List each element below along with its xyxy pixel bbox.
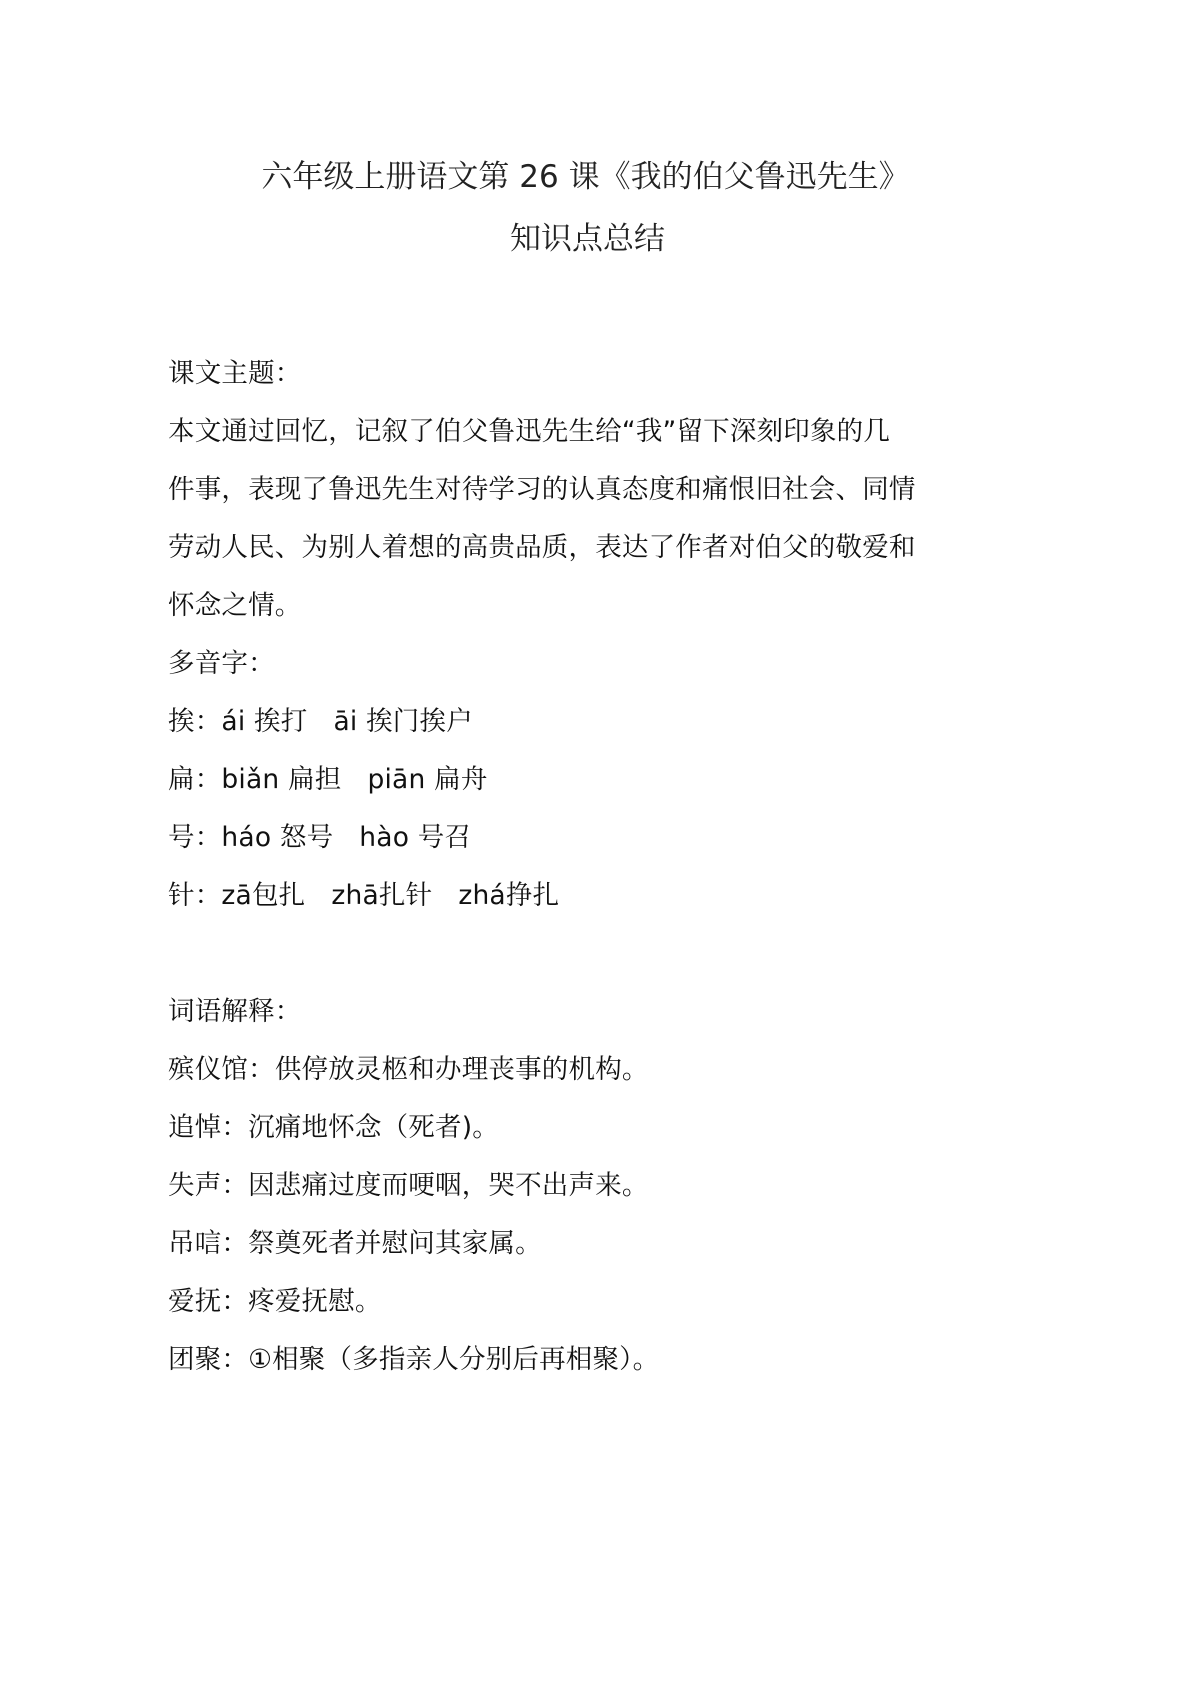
example-word: 扁舟 xyxy=(434,764,487,795)
pinyin: zhá xyxy=(458,880,506,911)
pinyin: zhā xyxy=(331,880,379,911)
polyphone-item: 扁：biǎn 扁担piān 扁舟 xyxy=(168,751,968,809)
vocabulary-definition: 供停放灵柩和办理丧事的机构。 xyxy=(275,1054,649,1085)
polyphone-char: 号： xyxy=(168,822,221,853)
document-page: 六年级上册语文第 26 课《我的伯父鲁迅先生》 知识点总结 课文主题： 本文通过… xyxy=(0,0,1191,1684)
vocabulary-item: 吊唁：祭奠死者并慰问其家属。 xyxy=(168,1215,968,1273)
theme-paragraph-line: 件事，表现了鲁迅先生对待学习的认真态度和痛恨旧社会、同情 xyxy=(168,461,968,519)
vocabulary-item: 团聚：①相聚（多指亲人分别后再相聚）。 xyxy=(168,1331,968,1389)
example-word: 包扎 xyxy=(252,880,305,911)
document-title: 六年级上册语文第 26 课《我的伯父鲁迅先生》 xyxy=(0,157,1181,197)
pinyin: biǎn xyxy=(221,764,279,795)
vocabulary-term: 殡仪馆： xyxy=(168,1054,275,1085)
polyphone-item: 针：zā包扎zhā扎针zhá挣扎 xyxy=(168,867,968,983)
vocabulary-definition: 疼爱抚慰。 xyxy=(248,1286,382,1317)
vocabulary-definition: ①相聚（多指亲人分别后再相聚）。 xyxy=(248,1344,659,1375)
example-word: 挣扎 xyxy=(506,880,559,911)
vocabulary-item: 追悼：沉痛地怀念（死者)。 xyxy=(168,1099,968,1157)
polyphone-char: 挨： xyxy=(168,706,221,737)
theme-paragraph-line: 怀念之情。 xyxy=(168,577,968,635)
example-word: 扎针 xyxy=(379,880,432,911)
pinyin: piān xyxy=(367,764,425,795)
vocabulary-term: 失声： xyxy=(168,1170,248,1201)
vocabulary-item: 失声：因悲痛过度而哽咽，哭不出声来。 xyxy=(168,1157,968,1215)
example-word: 挨打 xyxy=(254,706,307,737)
pinyin: āi xyxy=(333,706,357,737)
vocabulary-term: 爱抚： xyxy=(168,1286,248,1317)
vocabulary-term: 团聚： xyxy=(168,1344,248,1375)
vocabulary-definition: 沉痛地怀念（死者)。 xyxy=(248,1112,499,1143)
pinyin: ái xyxy=(221,706,245,737)
example-word: 挨门挨户 xyxy=(366,706,473,737)
pinyin: háo xyxy=(221,822,271,853)
vocabulary-term: 追悼： xyxy=(168,1112,248,1143)
vocabulary-definition: 因悲痛过度而哽咽，哭不出声来。 xyxy=(248,1170,649,1201)
vocabulary-term: 吊唁： xyxy=(168,1228,248,1259)
example-word: 怒号 xyxy=(280,822,333,853)
document-subtitle: 知识点总结 xyxy=(0,219,1183,259)
section-heading-vocabulary: 词语解释： xyxy=(168,983,968,1041)
pinyin: zā xyxy=(221,880,252,911)
polyphone-char: 针： xyxy=(168,880,221,911)
section-heading-theme: 课文主题： xyxy=(168,345,968,403)
document-body: 课文主题： 本文通过回忆，记叙了伯父鲁迅先生给“我”留下深刻印象的几 件事，表现… xyxy=(168,345,968,1389)
polyphone-item: 号：háo 怒号hào 号召 xyxy=(168,809,968,867)
vocabulary-item: 殡仪馆：供停放灵柩和办理丧事的机构。 xyxy=(168,1041,968,1099)
vocabulary-item: 爱抚：疼爱抚慰。 xyxy=(168,1273,968,1331)
example-word: 号召 xyxy=(418,822,471,853)
theme-paragraph-line: 本文通过回忆，记叙了伯父鲁迅先生给“我”留下深刻印象的几 xyxy=(168,403,968,461)
polyphone-item: 挨：ái 挨打āi 挨门挨户 xyxy=(168,693,968,751)
pinyin: hào xyxy=(359,822,409,853)
section-heading-polyphones: 多音字： xyxy=(168,635,968,693)
polyphone-char: 扁： xyxy=(168,764,221,795)
theme-paragraph-line: 劳动人民、为别人着想的高贵品质，表达了作者对伯父的敬爱和 xyxy=(168,519,968,577)
vocabulary-definition: 祭奠死者并慰问其家属。 xyxy=(248,1228,542,1259)
example-word: 扁担 xyxy=(288,764,341,795)
